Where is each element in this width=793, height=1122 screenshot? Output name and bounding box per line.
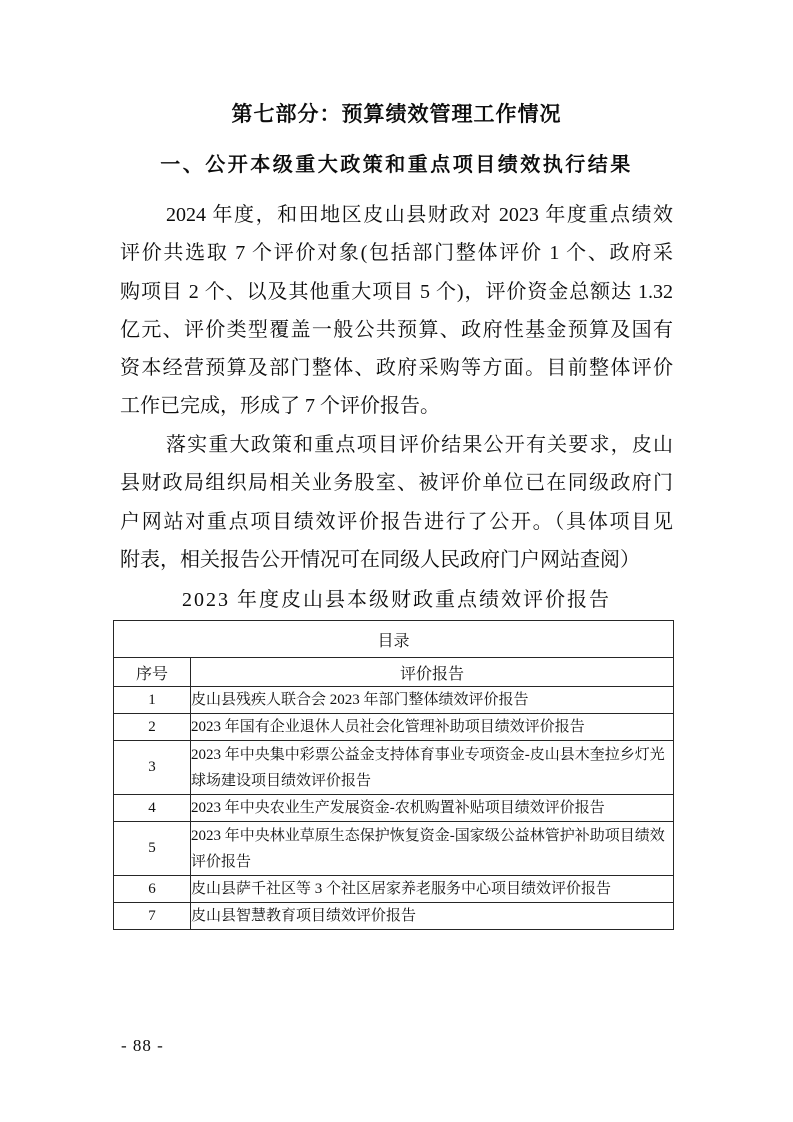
paragraph-line: 购项目 2 个、以及其他重大项目 5 个)，评价资金总额达 1.32 — [120, 273, 673, 311]
table-row: 1 皮山县残疾人联合会 2023 年部门整体绩效评价报告 — [114, 687, 674, 714]
table-caption-row: 目录 — [114, 621, 674, 658]
report-title-cell: 2023 年中央林业草原生态保护恢复资金-国家级公益林管护补助项目绩效评价报告 — [191, 822, 674, 876]
paragraph-line: 落实重大政策和重点项目评价结果公开有关要求，皮山 — [120, 426, 673, 464]
table-title: 2023 年度皮山县本级财政重点绩效评价报告 — [0, 586, 793, 614]
table-row: 3 2023 年中央集中彩票公益金支持体育事业专项资金-皮山县木奎拉乡灯光球场建… — [114, 741, 674, 795]
table-row: 4 2023 年中央农业生产发展资金-农机购置补贴项目绩效评价报告 — [114, 795, 674, 822]
performance-report-table: 目录 序号 评价报告 1 皮山县残疾人联合会 2023 年部门整体绩效评价报告 … — [113, 620, 674, 930]
row-number-cell: 6 — [114, 876, 191, 903]
report-title-cell: 皮山县智慧教育项目绩效评价报告 — [191, 903, 674, 930]
paragraph-line: 资本经营预算及部门整体、政府采购等方面。目前整体评价 — [120, 349, 673, 387]
paragraph-line: 户网站对重点项目绩效评价报告进行了公开。（具体项目见 — [120, 503, 673, 541]
row-number-cell: 5 — [114, 822, 191, 876]
column-header-report: 评价报告 — [191, 658, 674, 687]
row-number-cell: 7 — [114, 903, 191, 930]
row-number-cell: 3 — [114, 741, 191, 795]
table-row: 5 2023 年中央林业草原生态保护恢复资金-国家级公益林管护补助项目绩效评价报… — [114, 822, 674, 876]
paragraph-line: 县财政局组织局相关业务股室、被评价单位已在同级政府门 — [120, 464, 673, 502]
document-title: 第七部分：预算绩效管理工作情况 — [0, 101, 793, 129]
table-row: 7 皮山县智慧教育项目绩效评价报告 — [114, 903, 674, 930]
table-row: 6 皮山县萨千社区等 3 个社区居家养老服务中心项目绩效评价报告 — [114, 876, 674, 903]
column-header-no: 序号 — [114, 658, 191, 687]
paragraph-2: 落实重大政策和重点项目评价结果公开有关要求，皮山 县财政局组织局相关业务股室、被… — [120, 426, 673, 579]
table-row: 2 2023 年国有企业退休人员社会化管理补助项目绩效评价报告 — [114, 714, 674, 741]
paragraph-line: 2024 年度，和田地区皮山县财政对 2023 年度重点绩效 — [120, 196, 673, 234]
table-caption-cell: 目录 — [114, 621, 674, 658]
paragraph-line: 亿元、评价类型覆盖一般公共预算、政府性基金预算及国有 — [120, 311, 673, 349]
section-heading: 一、公开本级重大政策和重点项目绩效执行结果 — [0, 150, 793, 180]
table-header-row: 序号 评价报告 — [114, 658, 674, 687]
report-title-cell: 皮山县萨千社区等 3 个社区居家养老服务中心项目绩效评价报告 — [191, 876, 674, 903]
paragraph-1: 2024 年度，和田地区皮山县财政对 2023 年度重点绩效 评价共选取 7 个… — [120, 196, 673, 426]
paragraph-line: 评价共选取 7 个评价对象(包括部门整体评价 1 个、政府采 — [120, 234, 673, 272]
paragraph-line: 附表，相关报告公开情况可在同级人民政府门户网站查阅） — [120, 541, 673, 579]
row-number-cell: 4 — [114, 795, 191, 822]
report-title-cell: 2023 年中央农业生产发展资金-农机购置补贴项目绩效评价报告 — [191, 795, 674, 822]
paragraph-line: 工作已完成，形成了 7 个评价报告。 — [120, 387, 673, 425]
report-title-cell: 2023 年中央集中彩票公益金支持体育事业专项资金-皮山县木奎拉乡灯光球场建设项… — [191, 741, 674, 795]
report-title-cell: 2023 年国有企业退休人员社会化管理补助项目绩效评价报告 — [191, 714, 674, 741]
row-number-cell: 1 — [114, 687, 191, 714]
document-page: { "header": { "title": "第七部分：预算绩效管理工作情况"… — [0, 0, 793, 1122]
row-number-cell: 2 — [114, 714, 191, 741]
page-number: - 88 - — [121, 1036, 164, 1056]
report-title-cell: 皮山县残疾人联合会 2023 年部门整体绩效评价报告 — [191, 687, 674, 714]
